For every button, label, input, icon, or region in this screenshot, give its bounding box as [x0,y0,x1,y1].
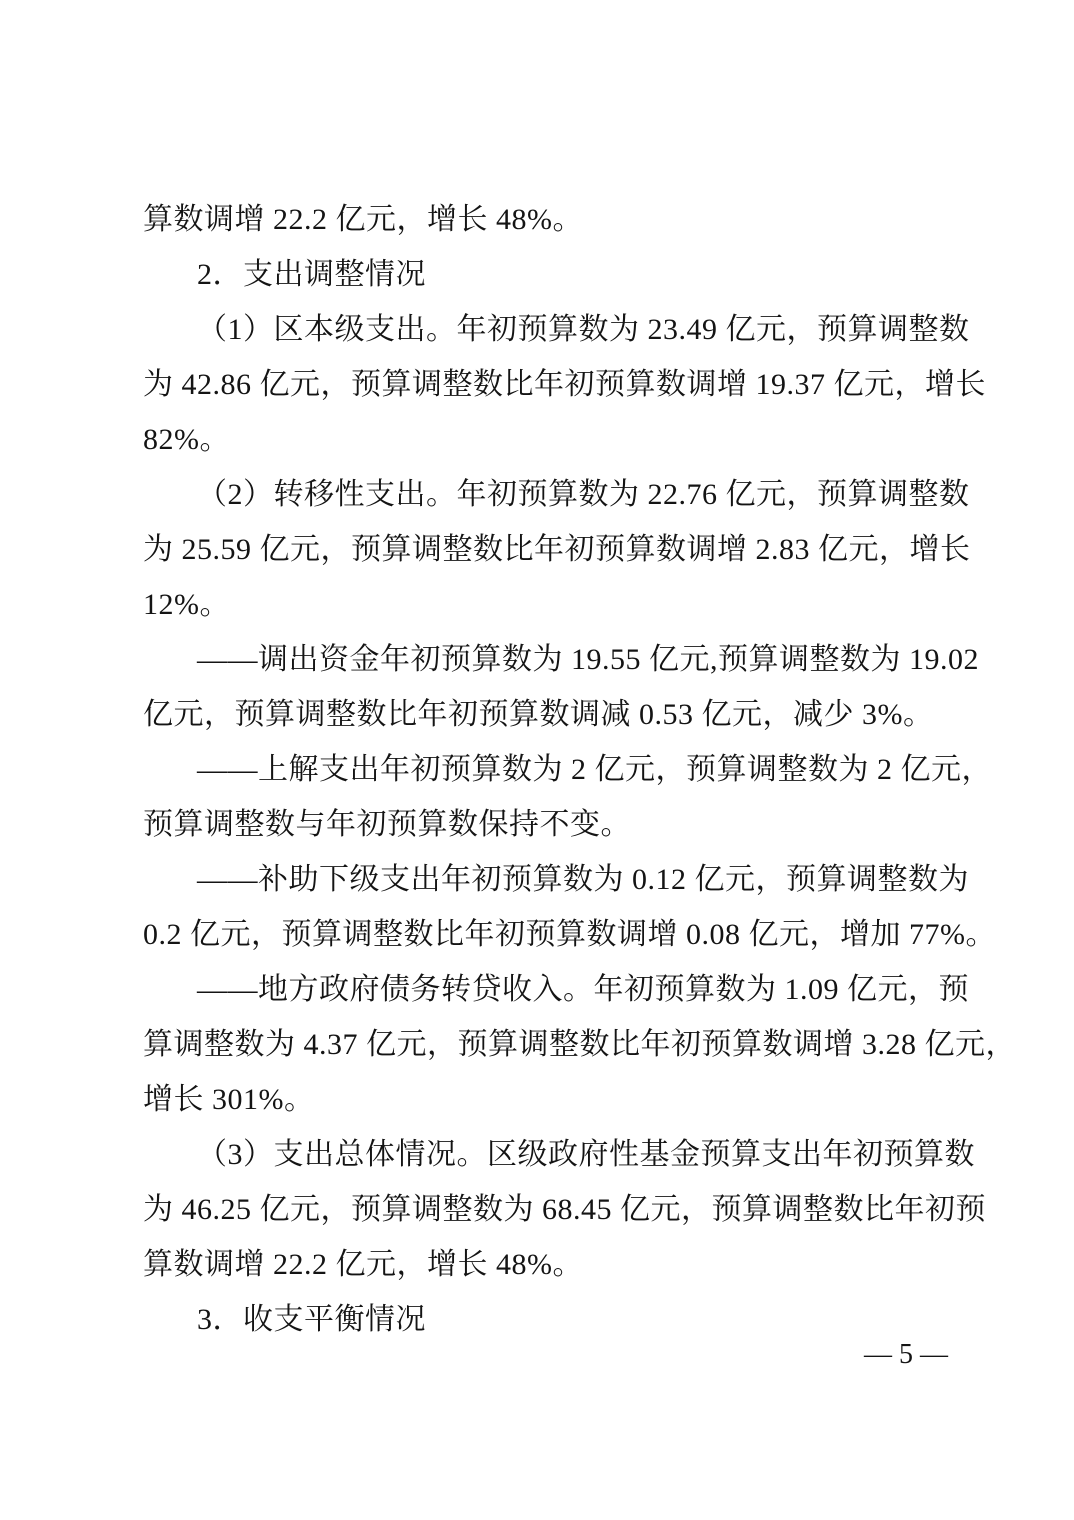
paragraph-line: 0.2 亿元，预算调整数比年初预算数调增 0.08 亿元，增加 77%。 [143,907,962,962]
paragraph-line: 2．支出调整情况 [143,247,962,302]
paragraph-line: 算数调增 22.2 亿元，增长 48%。 [143,192,962,247]
paragraph-line: ——调出资金年初预算数为 19.55 亿元,预算调整数为 19.02 [143,632,962,687]
page-number: — 5 — [143,1338,962,1372]
paragraph-line: 82%。 [143,412,962,467]
paragraph-line: 增长 301%。 [143,1072,962,1127]
paragraph-line: 为 25.59 亿元，预算调整数比年初预算数调增 2.83 亿元，增长 [143,522,962,577]
paragraph-line: ——补助下级支出年初预算数为 0.12 亿元，预算调整数为 [143,852,962,907]
paragraph-line: （3）支出总体情况。区级政府性基金预算支出年初预算数 [143,1127,962,1182]
document-page: 算数调增 22.2 亿元，增长 48%。2．支出调整情况（1）区本级支出。年初预… [0,0,1074,1520]
paragraph-line: 亿元，预算调整数比年初预算数调减 0.53 亿元，减少 3%。 [143,687,962,742]
paragraph-line: 为 46.25 亿元，预算调整数为 68.45 亿元，预算调整数比年初预 [143,1182,962,1237]
paragraph-line: 预算调整数与年初预算数保持不变。 [143,797,962,852]
paragraph-line: 算调整数为 4.37 亿元，预算调整数比年初预算数调增 3.28 亿元， [143,1017,962,1072]
paragraph-line: 算数调增 22.2 亿元，增长 48%。 [143,1237,962,1292]
body-text: 算数调增 22.2 亿元，增长 48%。2．支出调整情况（1）区本级支出。年初预… [143,192,962,1347]
paragraph-line: ——地方政府债务转贷收入。年初预算数为 1.09 亿元，预 [143,962,962,1017]
paragraph-line: 12%。 [143,577,962,632]
paragraph-line: ——上解支出年初预算数为 2 亿元，预算调整数为 2 亿元， [143,742,962,797]
paragraph-line: （1）区本级支出。年初预算数为 23.49 亿元，预算调整数 [143,302,962,357]
paragraph-line: 为 42.86 亿元，预算调整数比年初预算数调增 19.37 亿元，增长 [143,357,962,412]
paragraph-line: （2）转移性支出。年初预算数为 22.76 亿元，预算调整数 [143,467,962,522]
